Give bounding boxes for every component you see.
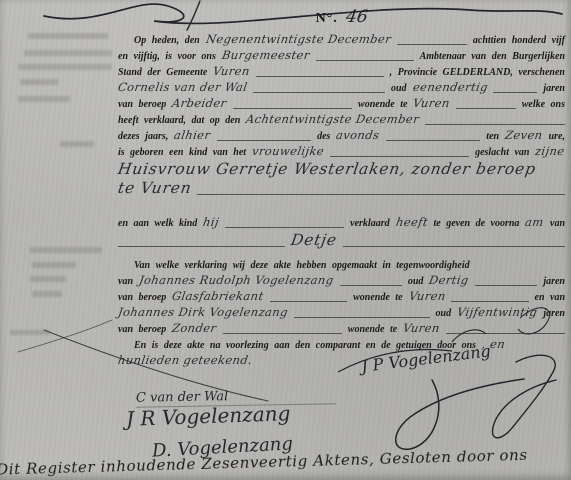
handwritten-text: eenendertig — [411, 80, 488, 95]
handwritten-text: alhier — [173, 128, 212, 143]
document-line: Op heden, denNegenentwintigste Decembera… — [118, 32, 565, 48]
handwritten-text: vrouwelijke — [251, 144, 325, 159]
ruled-fill-line — [253, 92, 385, 93]
document-line: van beroepGlasfabriekantwonende teVurene… — [118, 289, 565, 305]
handwritten-text: am — [524, 215, 545, 230]
document-line: Johannes Dirk VogelenzangoudVijfentwinti… — [118, 305, 565, 321]
handwritten-text: avonds — [335, 128, 381, 143]
ruled-fill-line — [118, 246, 285, 247]
document-line: van beroepArbeiderwonende teVurenwelke o… — [118, 96, 565, 112]
bleed-through-strip — [32, 262, 76, 268]
handwritten-text: hij — [202, 215, 220, 230]
printed-text: en vijftig, is voor ons — [118, 49, 216, 64]
printed-text: En is deze akte na voorlezing aan den co… — [134, 338, 476, 353]
ruled-fill-line — [330, 156, 469, 157]
bleed-through-strip — [24, 50, 112, 56]
ruled-fill-line — [197, 194, 565, 195]
document-line: te Vuren — [118, 179, 565, 198]
printed-text: ten — [486, 129, 499, 144]
ruled-fill-line — [397, 44, 467, 45]
printed-text: Op heden, den — [134, 33, 200, 48]
document-line: Van welke verklaring wij deze akte hebbe… — [118, 258, 565, 273]
ruled-fill-line — [493, 92, 537, 93]
act-number-heading: N°.46 — [118, 10, 565, 26]
bleed-through-strip — [30, 247, 102, 253]
handwritten-text: Vuren — [212, 64, 251, 79]
printed-text: Van welke verklaring wij deze akte hebbe… — [134, 258, 470, 273]
ruled-fill-line — [475, 285, 537, 286]
ruled-fill-line — [256, 76, 384, 77]
ruled-fill-line — [343, 246, 565, 247]
handwritten-text: Johannes Rudolph Vogelenzang — [138, 273, 335, 288]
handwritten-text: Detje — [289, 231, 338, 250]
printed-text: verklaard — [350, 216, 389, 231]
document-line: is geboren een kind van hetvrouwelijkege… — [118, 144, 565, 160]
bleed-through-strip — [60, 141, 94, 147]
printed-text: en aan welk kind — [118, 216, 197, 231]
printed-text: achttien honderd vijf — [473, 33, 565, 48]
birth-certificate-page: N°.46 Op heden, denNegenentwintigste Dec… — [0, 0, 571, 480]
ruled-fill-line — [217, 140, 312, 141]
document-line: en vijftig, is voor onsBurgemeesterAmbte… — [118, 48, 565, 64]
printed-text: van — [550, 216, 565, 231]
printed-text: ure, — [549, 129, 565, 144]
bleed-through-strip — [30, 276, 66, 282]
handwritten-text: Johannes Dirk Vogelenzang — [117, 305, 289, 320]
ruled-fill-line — [270, 301, 347, 302]
document-line: Detje — [118, 231, 565, 250]
printed-text: oud — [436, 306, 452, 321]
handwritten-text: Zeven — [504, 128, 544, 143]
printed-text: jaren — [543, 306, 565, 321]
printed-text: Stand der Gemeente — [118, 65, 207, 80]
printed-text: , Provincie GELDERLAND, verschenen — [390, 65, 565, 80]
document-line: Huisvrouw Gerretje Westerlaken, zonder b… — [118, 160, 565, 179]
act-content: N°.46 Op heden, denNegenentwintigste Dec… — [118, 2, 565, 368]
printed-text: wonende te — [358, 97, 407, 112]
document-line: en aan welk kindhijverklaardheeftte geve… — [118, 215, 565, 231]
act-number-label: N°. — [316, 11, 338, 26]
handwritten-text: , en — [481, 337, 507, 352]
printed-text: wonende te — [348, 322, 397, 337]
handwritten-text: Dertig — [428, 273, 470, 288]
ruled-fill-line — [294, 317, 430, 318]
document-line: van beroepZonderwonende teVuren — [118, 321, 565, 337]
handwritten-text: Zonder — [171, 321, 218, 336]
handwritten-text: Negenentwintigste December — [205, 32, 392, 47]
printed-text: wonende te — [353, 290, 402, 305]
printed-text: van beroep — [118, 290, 166, 305]
handwritten-text: Vuren — [407, 289, 446, 304]
printed-text: Ambtenaar van den Burgerlijken — [420, 49, 565, 64]
printed-text: geslacht van — [475, 145, 529, 160]
ruled-fill-line — [451, 301, 528, 302]
printed-text: oud — [408, 274, 424, 289]
ruled-fill-line — [225, 227, 344, 228]
handwritten-text: Vuren — [402, 321, 441, 336]
handwritten-text: Arbeider — [171, 96, 228, 111]
document-line: Cornelis van der Waloudeenendertigjaren — [118, 80, 565, 96]
printed-text: des — [317, 129, 330, 144]
bleed-through-strip — [18, 96, 70, 102]
handwritten-text: Cornelis van der Wal — [117, 80, 249, 95]
handwritten-text: hunlieden geteekend. — [117, 353, 254, 368]
printed-text: van beroep — [118, 322, 166, 337]
printed-text: heeft verklaard, dat op den — [118, 113, 240, 128]
document-line: En is deze akte na voorlezing aan den co… — [118, 337, 565, 353]
handwritten-text: Vijfentwintig — [456, 305, 539, 320]
handwritten-text: Vuren — [412, 96, 451, 111]
printed-text: oud — [391, 81, 407, 96]
document-line: heeft verklaard, dat op denAchtentwintig… — [118, 112, 565, 128]
handwritten-text: Achtentwintigste December — [245, 112, 420, 127]
handwritten-text: heeft — [394, 215, 428, 230]
printed-text: welke ons — [522, 97, 565, 112]
bleed-through-strip — [20, 79, 58, 85]
printed-text: jaren — [543, 274, 565, 289]
bleed-through-strip — [28, 33, 108, 39]
document-line: Stand der GemeenteVuren, Provincie GELDE… — [118, 64, 565, 80]
handwritten-text: Huisvrouw Gerretje Westerlaken, zonder b… — [116, 160, 537, 179]
document-line: dezes jaars,alhierdesavondstenZevenure, — [118, 128, 565, 144]
handwritten-text: Burgemeester — [221, 48, 311, 63]
ruled-fill-line — [316, 60, 414, 61]
ruled-fill-line — [456, 108, 516, 109]
document-line: hunlieden geteekend. — [118, 353, 565, 368]
printed-text: te geven de voorna — [434, 216, 520, 231]
handwritten-text: Glasfabriekant — [171, 289, 265, 304]
act-number-value: 46 — [344, 10, 368, 25]
ruled-fill-line — [386, 140, 481, 141]
printed-text: dezes jaars, — [118, 129, 168, 144]
handwritten-text: te Vuren — [116, 179, 192, 198]
document-line: vanJohannes Rudolph VogelenzangoudDertig… — [118, 273, 565, 289]
ruled-fill-line — [223, 333, 342, 334]
ruled-fill-line — [446, 333, 565, 334]
bleed-through-strip — [32, 291, 62, 297]
ruled-fill-line — [425, 124, 565, 125]
handwritten-text: zijne — [534, 144, 566, 159]
act-body-text: Op heden, denNegenentwintigste Decembera… — [118, 32, 565, 368]
printed-text: van beroep — [118, 97, 166, 112]
signature-witness-1: J R Vogelenzang — [126, 401, 291, 431]
ruled-fill-line — [340, 285, 402, 286]
bleed-through-strip — [18, 64, 112, 70]
printed-text: en van — [535, 290, 566, 305]
bleed-through-strip — [10, 330, 50, 335]
printed-text: jaren — [543, 81, 565, 96]
printed-text: is geboren een kind van het — [118, 145, 246, 160]
printed-text: van — [118, 274, 133, 289]
ruled-fill-line — [233, 108, 352, 109]
